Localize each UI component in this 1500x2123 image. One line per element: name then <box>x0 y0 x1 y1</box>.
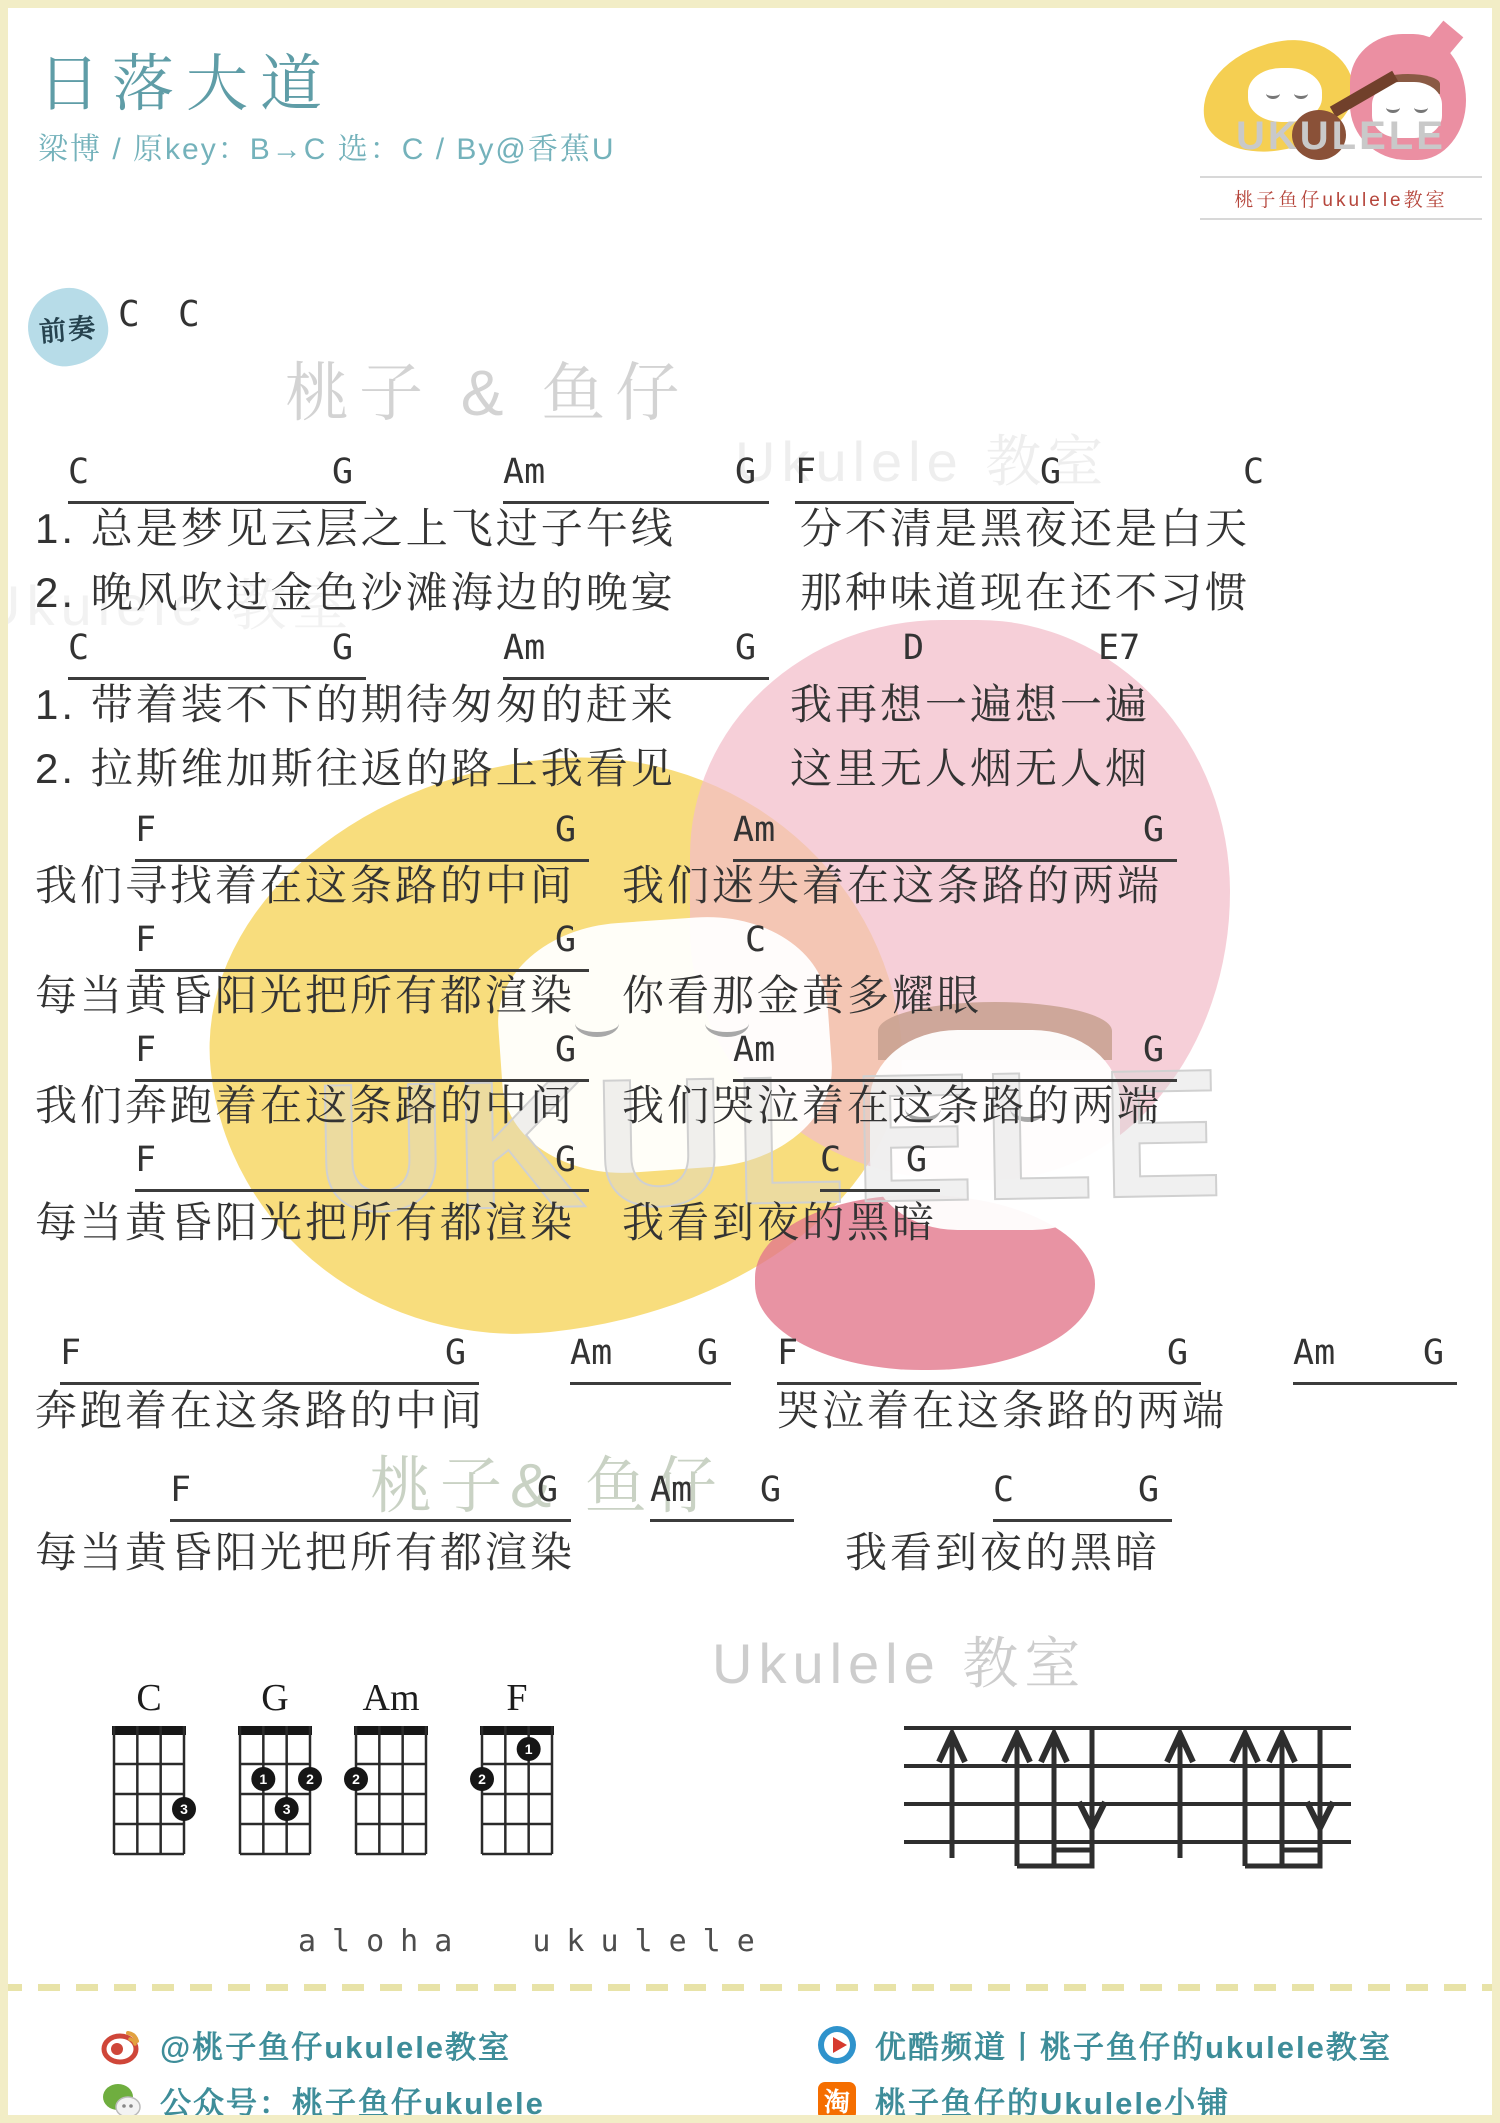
intro-chord: C <box>118 294 140 335</box>
svg-text:3: 3 <box>180 1801 188 1817</box>
svg-text:1: 1 <box>259 1771 267 1787</box>
chord-diagram-label: F <box>478 1676 556 1720</box>
logo-caption: 桃子鱼仔ukulele教室 <box>1200 176 1482 220</box>
footer-taobao: 淘 桃子鱼仔的Ukulele小铺 <box>815 2078 1230 2123</box>
logo-brand-text: UKULELE <box>1236 114 1446 159</box>
svg-text:3: 3 <box>283 1801 291 1817</box>
taobao-badge-char: 淘 <box>824 2087 850 2117</box>
youku-icon <box>815 2023 859 2067</box>
studio-logo: UKULELE 桃子鱼仔ukulele教室 <box>1200 26 1482 226</box>
chord-diagram-g: G123 <box>236 1676 314 1863</box>
fretboard: 2 <box>352 1726 430 1858</box>
footer-youku-text: 优酷频道丨桃子鱼仔的ukulele教室 <box>875 2022 1392 2067</box>
strum-staff <box>900 1700 1356 1876</box>
svg-text:2: 2 <box>478 1771 486 1787</box>
footer-youku: 优酷频道丨桃子鱼仔的ukulele教室 <box>815 2022 1392 2067</box>
fretboard: 123 <box>236 1726 314 1858</box>
chord-diagram-f: F12 <box>478 1676 556 1863</box>
taobao-icon: 淘 <box>815 2079 859 2123</box>
footer-weibo: @桃子鱼仔ukulele教室 <box>100 2022 511 2067</box>
footer-wechat-text: 公众号：桃子鱼仔ukulele <box>160 2078 545 2123</box>
intro-label: 前奏 <box>37 305 98 349</box>
aloha-tagline: aloha ukulele <box>298 1924 771 1959</box>
eye-icon <box>1414 102 1428 113</box>
chord-sheet-page: 日落大道 梁博 / 原key：B→C 选：C / By@香蕉U UKULELE … <box>0 0 1500 2123</box>
song-title: 日落大道 <box>38 34 334 123</box>
eye-icon <box>1294 88 1308 99</box>
chord-diagram-label: C <box>110 1676 188 1720</box>
intro-chord: C <box>178 294 200 335</box>
weibo-icon <box>100 2023 144 2067</box>
footer-weibo-text: @桃子鱼仔ukulele教室 <box>160 2022 511 2067</box>
chord-diagram-label: G <box>236 1676 314 1720</box>
chord-diagram-label: Am <box>352 1676 430 1720</box>
song-meta: 梁博 / 原key：B→C 选：C / By@香蕉U <box>38 124 616 168</box>
eye-icon <box>1386 102 1400 113</box>
strum-pattern <box>900 1700 1356 1876</box>
eye-icon <box>1266 88 1280 99</box>
svg-text:2: 2 <box>306 1771 314 1787</box>
chord-diagram-am: Am2 <box>352 1676 430 1863</box>
svg-text:1: 1 <box>525 1741 533 1757</box>
svg-text:2: 2 <box>352 1771 360 1787</box>
chord-diagram-c: C3 <box>110 1676 188 1863</box>
fretboard: 3 <box>110 1726 188 1858</box>
wechat-icon <box>100 2079 144 2123</box>
footer-taobao-text: 桃子鱼仔的Ukulele小铺 <box>875 2078 1230 2123</box>
dashed-divider <box>0 1984 1500 1991</box>
footer-wechat: 公众号：桃子鱼仔ukulele <box>100 2078 545 2123</box>
fretboard: 12 <box>478 1726 556 1858</box>
